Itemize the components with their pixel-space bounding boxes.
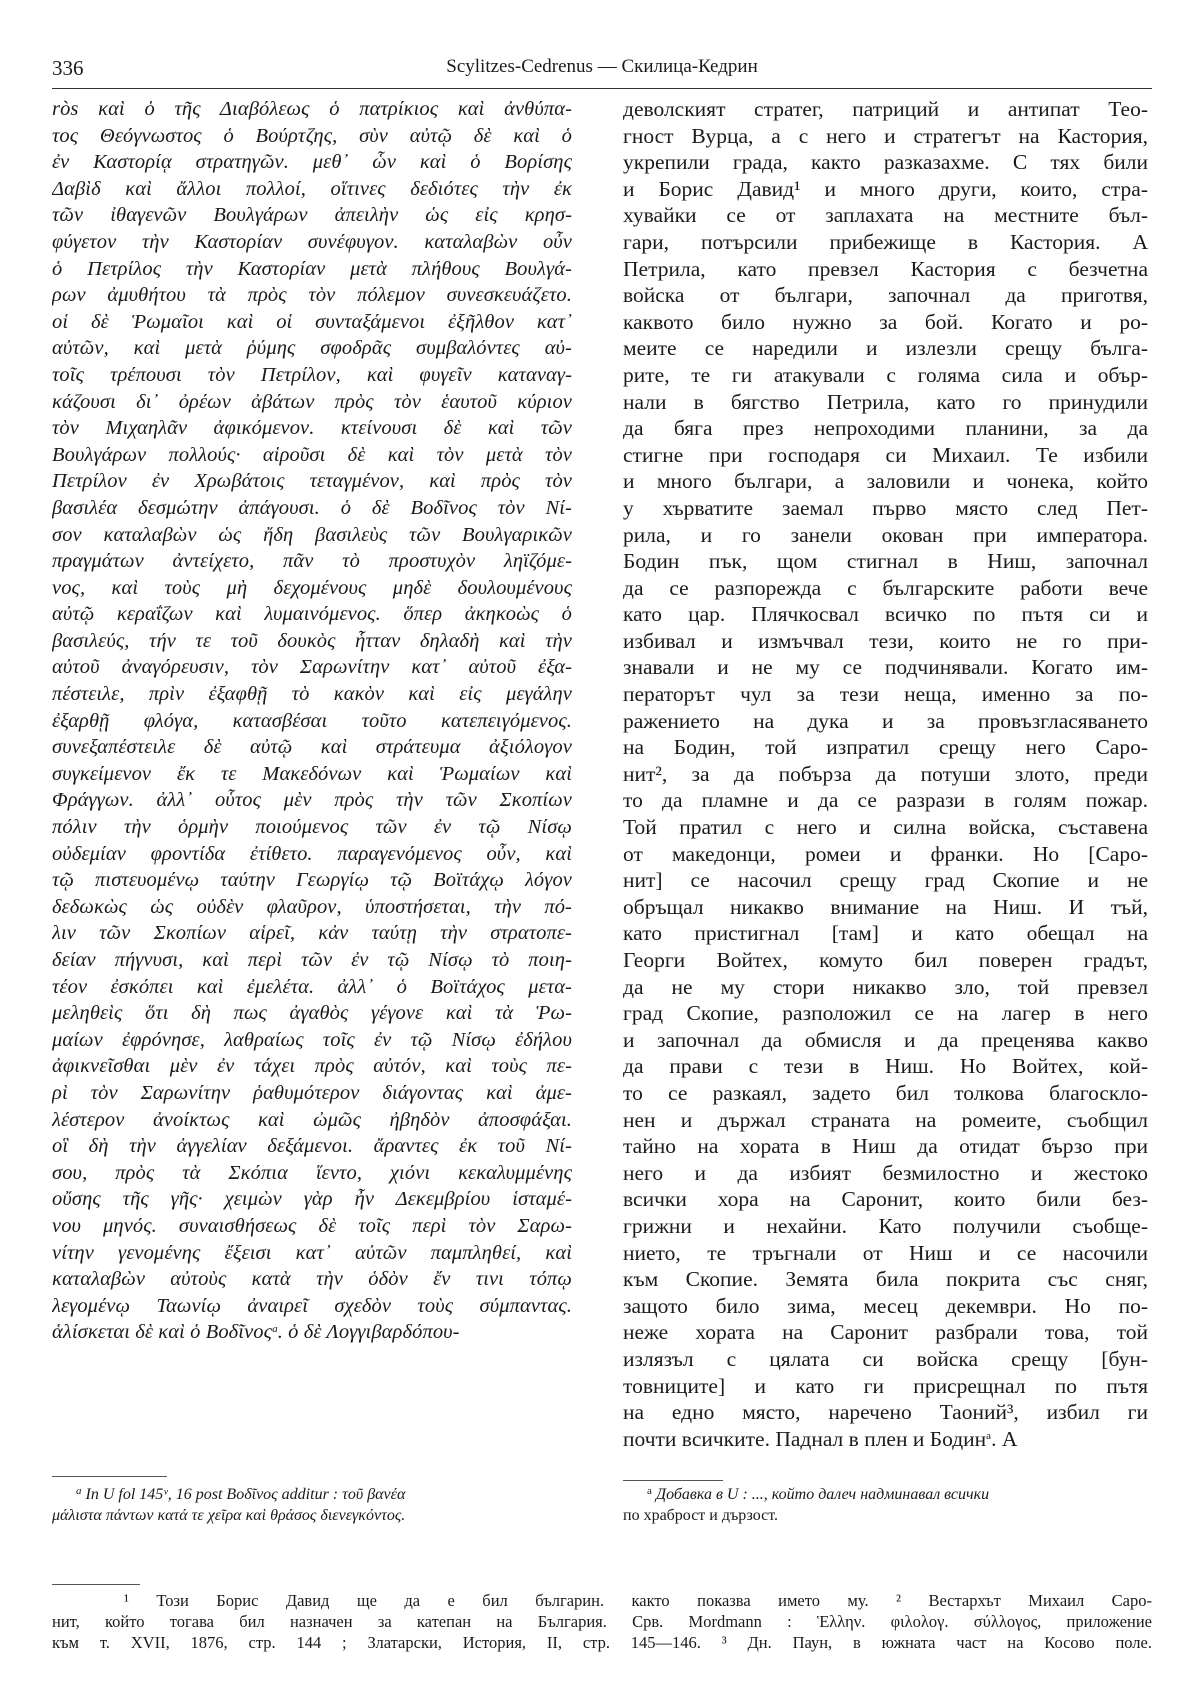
text-line: τος Θεόγνωστος ὁ Βούρτζης, σὺν αὐτῷ δὲ κ… [52,123,572,150]
text-line: нието, те тръгнали от Ниш и се насочили [623,1240,1148,1267]
text-line: защото било зима, месец декември. Но по- [623,1293,1148,1320]
text-line: πέστειλε, πρὶν ἐξαφθῇ τὸ κακὸν καὶ εἰς μ… [52,681,572,708]
text-line: рите, те ги атакували с голяма сила и об… [623,362,1148,389]
text-line: към Скопие. Земята била покрита със сняг… [623,1266,1148,1293]
text-line: ператорът чул за тези неща, именно за по… [623,681,1148,708]
text-line: σου, πρὸς τὰ Σκόπια ἵεντο, χιόνι κεκαλυμ… [52,1160,572,1187]
text-line: товниците] и като ги присрещнал по пътя [623,1373,1148,1400]
text-line: τῷ πιστευομένῳ ταύτην Γεωργίῳ τῷ Βοϊτάχῳ… [52,867,572,894]
text-line: Георги Войтех, комуто бил поверен градът… [623,947,1148,974]
running-head: 336 Scylitzes-Cedrenus — Скилица-Кедрин [52,52,1152,86]
text-line: като пристигнал [там] и като обещал на [623,920,1148,947]
text-line: ròs καὶ ὁ τῆς Διαβόλεως ὁ πατρίκιος καὶ … [52,96,572,123]
text-line: συνεξαπέστειλε δὲ αὐτῷ καὶ στράτευμα ἀξι… [52,734,572,761]
text-line: избивал и измъчвал тези, които не го при… [623,628,1148,655]
text-line: συγκείμενον ἔκ τε Μακεδόνων καὶ Ῥωμαίων … [52,761,572,788]
text-line: меите се наредили и излезли срещу бълга- [623,335,1148,362]
footnote-line: ¹ Този Борис Давид ще да е бил българин.… [52,1590,1152,1611]
text-line: Πετρίλον ἐν Χρωβάτοις τεταγμένον, καὶ πρ… [52,468,572,495]
text-line: κάζουσι δι᾽ ὀρέων ἀβάτων πρὸς τὸν ἑαυτοῦ… [52,389,572,416]
apparatus-marker: a [76,1485,82,1497]
text-line: като цар. Плячкосвал всичко по пътя си и [623,601,1148,628]
text-line: и много българи, а заловили и чонека, ко… [623,468,1148,495]
text-line: μεληθεὶς ὅτι δὴ πως ἀγαθὸς γέγονε καὶ τὰ… [52,1000,572,1027]
text-line: νου μηνός. συναισθήσεως δὲ τοῖς περὶ τὸν… [52,1213,572,1240]
text-line: Φράγγων. ἀλλ᾽ οὗτος μὲν πρὸς τὴν τῶν Σκο… [52,787,572,814]
text-line: οὔσης τῆς γῆς· χειμὼν γὰρ ἦν Δεκεμβρίου … [52,1186,572,1213]
footnote-rule [52,1584,140,1585]
text-line: Δαβὶδ καὶ ἄλλοι πολλοί, οἵτινες δεδιότες… [52,176,572,203]
book-page: 336 Scylitzes-Cedrenus — Скилица-Кедрин … [52,0,1152,1707]
text-line: да прави с тези в Ниш. Но Войтех, кой- [623,1053,1148,1080]
text-line: войска от българи, започнал да приготвя, [623,282,1148,309]
text-line: τοῖς τρέπουσι τὸν Πετρίλον, καὶ φυγεῖν κ… [52,362,572,389]
text-line: Βουλγάρων πολλούς· αἱροῦσι δὲ καὶ τὸν με… [52,442,572,469]
text-line: излязъл с цялата си войска срещу [бун- [623,1346,1148,1373]
text-line: него и да избият безмилостно и жестоко [623,1160,1148,1187]
text-line: σον καταλαβὼν ὡς ἤδη βασιλεὺς τῶν Βουλγα… [52,522,572,549]
text-line: нали в бягство Петрила, като го принудил… [623,389,1148,416]
text-line: ἐν Καστορίᾳ στρατηγῶν. μεθ᾽ ὧν καὶ ὁ Βορ… [52,149,572,176]
text-line: и започнал да обмисля и да преценява как… [623,1027,1148,1054]
text-line: град Скопие, разположил се на лагер в не… [623,1000,1148,1027]
text-line: Той пратил с него и силна войска, състав… [623,814,1148,841]
footnotes: ¹ Този Борис Давид ще да е бил българин.… [52,1590,1152,1653]
text-line: ρων ἀμυθήτου τὰ πρὸς τὸν πόλεμον συνεσκε… [52,282,572,309]
text-line: от македонци, ромеи и франки. Но [Саро- [623,841,1148,868]
apparatus-line: a Добавка в U : ..., който далеч надмина… [623,1484,1148,1505]
text-line: на Бодин, той изпратил срещу него Саро- [623,734,1148,761]
text-line: λεγομένῳ Ταωνίῳ ἀναιρεῖ σχεδὸν τοὺς σύμπ… [52,1293,572,1320]
text-line: οὐδεμίαν φροντίδα ἐτίθετο. παραγενόμενος… [52,841,572,868]
text-line: ражението на дука и за провъзгласяването [623,708,1148,735]
text-line: укрепили града, както разказахме. С тях … [623,149,1148,176]
text-line: обръщал никакво внимание на Ниш. И тъй, [623,894,1148,921]
text-line: βασιλέα δεσμώτην ἀπάγουσι. ὁ δὲ Βοδῖνος … [52,495,572,522]
text-line: рила, и го занели окован при императора. [623,522,1148,549]
text-line: гност Вурца, а с него и стратегът на Кас… [623,123,1148,150]
text-line: то да пламне и да се разрази в голям пож… [623,787,1148,814]
text-line: каквото било нужно за бой. Когато и ро- [623,309,1148,336]
text-line: деволският стратег, патриций и антипат Т… [623,96,1148,123]
text-line: αὐτῷ κεραΐζων καὶ λυμαινόμενος. ὅπερ ἀκη… [52,601,572,628]
text-line: хувайки се от заплахата на местните бъл- [623,202,1148,229]
text-line: почти всичките. Паднал в плен и Бодинa. … [623,1426,1148,1453]
text-line: неже хората на Саронит разбрали това, то… [623,1319,1148,1346]
text-line: πραγμάτων ἀντείχετο, πᾶν τὸ προστυχὸν λη… [52,548,572,575]
text-line: да се разпорежда с българските работи ве… [623,575,1148,602]
text-line: δεδωκὼς ὡς οὐδὲν φλαῦρον, ὑποστήσεται, τ… [52,894,572,921]
text-line: τὸν Μιχαηλᾶν ἀφικόμενον. κτείνουσι δὲ κα… [52,415,572,442]
text-line: нен и държал страната на ромеите, съобщи… [623,1107,1148,1134]
text-line: φύγετον τὴν Καστορίαν συνέφυγον. καταλαβ… [52,229,572,256]
header-rule [52,88,1152,89]
text-line: ρὶ τὸν Σαρωνίτην ῥαθυμότερον διάγοντας κ… [52,1080,572,1107]
text-line: καταλαβὼν αὐτοὺς κατὰ τὴν ὁδὸν ἔν τινι τ… [52,1266,572,1293]
text-line: нит², за да побърза да потуши злото, пре… [623,761,1148,788]
critical-apparatus-greek: a In U fol 145ᵛ, 16 post Βοδῖνος additur… [52,1484,577,1526]
text-line: то се разкаял, задето бил толкова благос… [623,1080,1148,1107]
greek-text-column: ròs καὶ ὁ τῆς Διαβόλεως ὁ πατρίκιος καὶ … [52,96,572,1346]
apparatus-line: a In U fol 145ᵛ, 16 post Βοδῖνος additur… [52,1484,577,1505]
text-line: грижни и нехайни. Като получили съобще- [623,1213,1148,1240]
footnote-line: към т. XVII, 1876, стр. 144 ; Златарски,… [52,1632,1152,1653]
text-line: ὁ Πετρίλος τὴν Καστορίαν μετὰ πλήθους Βο… [52,256,572,283]
text-line: знавали и не му се подчинявали. Когато и… [623,654,1148,681]
text-line: λιν τῶν Σκοπίων αἱρεῖ, κἀν ταύτῃ τὴν στρ… [52,920,572,947]
footnote-marker: a [272,1323,278,1335]
text-line: у хърватите заемал първо място след Пет- [623,495,1148,522]
text-line: всички хора на Саронит, които били без- [623,1186,1148,1213]
text-line: λέστερον ἀνοίκτως καὶ ὠμῶς ἠβηδὸν ἀποσφά… [52,1107,572,1134]
footnote-marker: a [986,1430,991,1442]
text-line: Бодин пък, щом стигнал в Ниш, започнал [623,548,1148,575]
text-line: Петрила, като превзел Кастория с безчетн… [623,256,1148,283]
apparatus-rule-bulgarian [623,1480,723,1481]
apparatus-line: μάλιστα πάντων κατά τε χεῖρα καὶ θράσος … [52,1505,577,1526]
text-line: да не му стори никакво зло, той превзел [623,974,1148,1001]
text-line: νίτην γενομένης ἔξεισι κατ᾽ αὐτῶν παμπλη… [52,1240,572,1267]
text-line: νος, καὶ τοὺς μὴ δεχομένους μηδὲ δουλουμ… [52,575,572,602]
text-line: ἐξαρθῇ φλόγα, κατασβέσαι τοῦτο κατεπειγό… [52,708,572,735]
text-line: δείαν πήγνυσι, καὶ περὶ τῶν ἐν τῷ Νίσῳ τ… [52,947,572,974]
text-line: αὐτοῦ ἀναγόρευσιν, τὸν Σαρωνίτην κατ᾽ αὐ… [52,654,572,681]
running-title: Scylitzes-Cedrenus — Скилица-Кедрин [52,56,1152,78]
text-line: ἁλίσκεται δὲ καὶ ὁ Βοδῖνοςa. ὁ δὲ Λογγιβ… [52,1319,572,1346]
text-line: οἱ δὲ Ῥωμαῖοι καὶ οἱ συνταξάμενοι ἐξῆλθο… [52,309,572,336]
text-line: τῶν ἰθαγενῶν Βουλγάρων ἀπειλὴν ὡς εἰς κρ… [52,202,572,229]
bulgarian-translation-column: деволският стратег, патриций и антипат Т… [623,96,1148,1452]
text-line: стигне при господаря си Михаил. Те избил… [623,442,1148,469]
text-line: нит] се насочил срещу град Скопие и не [623,867,1148,894]
footnote-line: нит, който тогава бил назначен за катепа… [52,1611,1152,1632]
text-line: гари, потърсили прибежище в Кастория. А [623,229,1148,256]
text-line: μαίων ἐφρόνησε, λαθραίως τοῖς ἐν τῷ Νίσῳ… [52,1027,572,1054]
apparatus-rule-greek [52,1476,167,1477]
critical-apparatus-bulgarian: a Добавка в U : ..., който далеч надмина… [623,1484,1148,1526]
text-line: ἀφικνεῖσθαι μὲν ἐν τάχει πρὸς αὐτόν, καὶ… [52,1053,572,1080]
text-line: на едно място, наречено Таоний³, избил г… [623,1399,1148,1426]
text-line: αὐτῶν, καὶ μετὰ ῥύμης σφοδρᾶς συμβαλόντε… [52,335,572,362]
apparatus-line: по храброст и дързост. [623,1505,1148,1526]
text-line: οἳ δὴ τὴν ἀγγελίαν δεξάμενοι. ἄραντες ἐκ… [52,1133,572,1160]
apparatus-marker: a [647,1485,652,1497]
text-line: и Борис Давид¹ и много други, които, стр… [623,176,1148,203]
text-line: τέον ἐσκόπει καὶ ἐμελέτα. ἀλλ᾽ ὁ Βοϊτάχο… [52,974,572,1001]
text-line: βασιλεύς, τήν τε τοῦ δουκὸς ἧτταν δηλαδὴ… [52,628,572,655]
text-line: да бяга през непроходими планини, за да [623,415,1148,442]
text-line: πόλιν τὴν ὁρμὴν ποιούμενος τῶν ἐν τῷ Νίσ… [52,814,572,841]
text-line: тайно на хората в Ниш да отидат бързо пр… [623,1133,1148,1160]
